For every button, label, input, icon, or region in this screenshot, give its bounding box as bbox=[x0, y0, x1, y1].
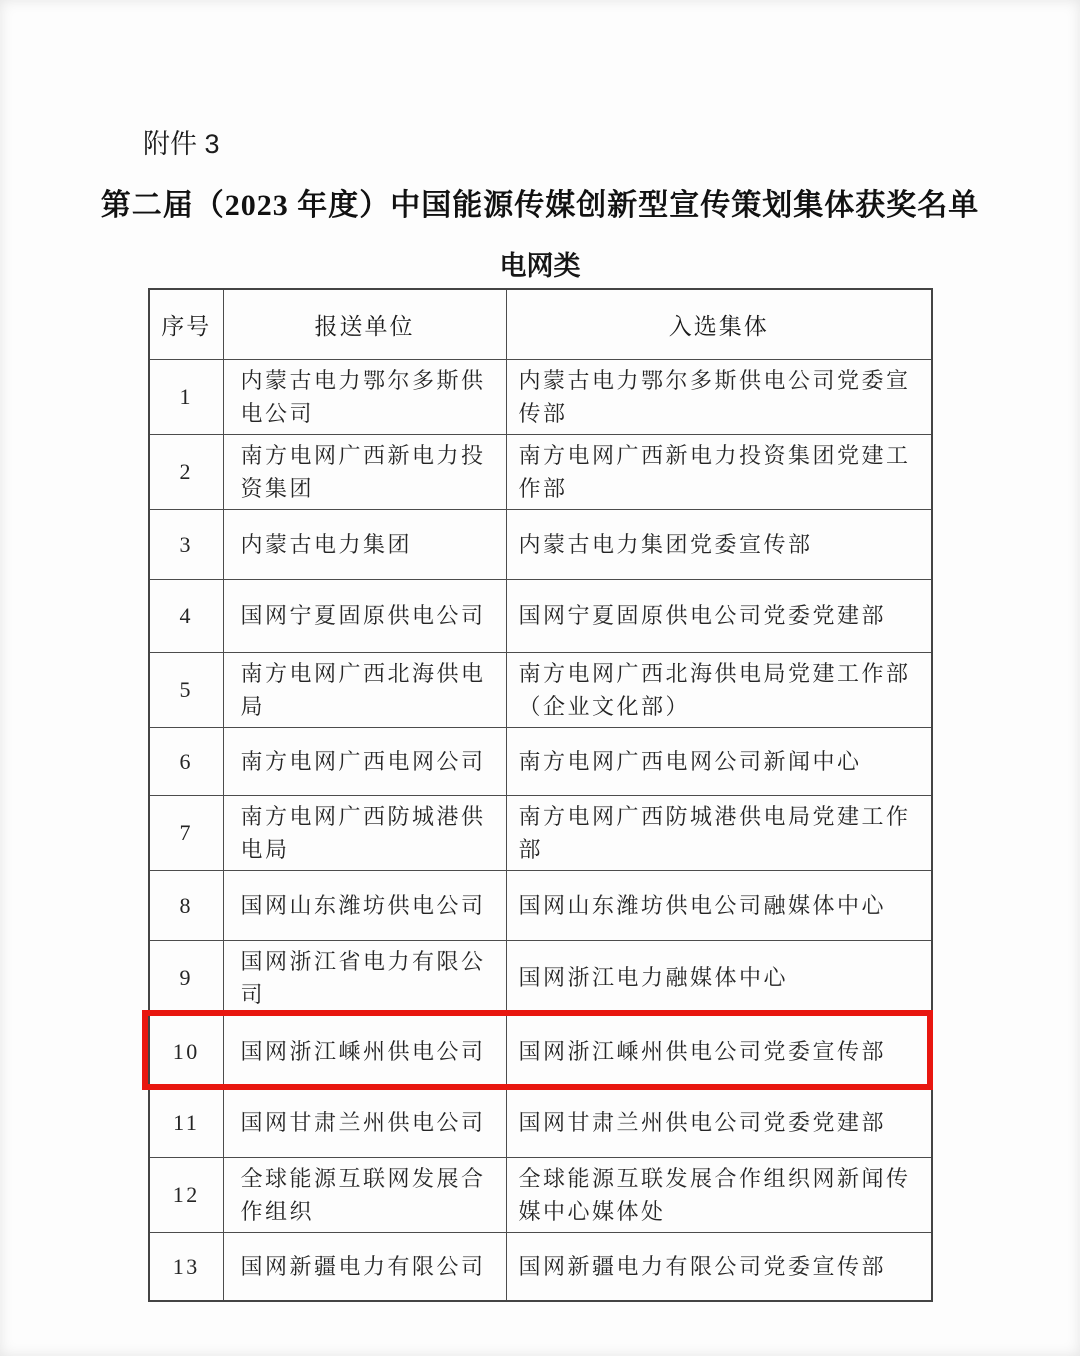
row-no-cell: 4 bbox=[149, 579, 223, 652]
row-no-cell: 12 bbox=[149, 1157, 223, 1232]
collective-cell: 内蒙古电力鄂尔多斯供电公司党委宣传部 bbox=[506, 359, 932, 434]
page-title: 第二届（2023 年度）中国能源传媒创新型宣传策划集体获奖名单 bbox=[0, 180, 1080, 224]
row-no-cell: 9 bbox=[149, 940, 223, 1015]
table-header-row: 序号 报送单位 入选集体 bbox=[149, 289, 932, 359]
row-no-cell: 1 bbox=[149, 359, 223, 434]
row-no-cell: 13 bbox=[149, 1232, 223, 1301]
unit-cell: 国网新疆电力有限公司 bbox=[223, 1232, 506, 1301]
row-no-cell: 3 bbox=[149, 509, 223, 579]
collective-cell: 内蒙古电力集团党委宣传部 bbox=[506, 509, 932, 579]
table-row: 11国网甘肃兰州供电公司国网甘肃兰州供电公司党委党建部 bbox=[149, 1087, 932, 1157]
table-row: 7南方电网广西防城港供电局南方电网广西防城港供电局党建工作部 bbox=[149, 795, 932, 870]
unit-cell: 南方电网广西新电力投资集团 bbox=[223, 434, 506, 509]
attachment-label: 附件 3 bbox=[143, 122, 220, 161]
unit-cell: 国网甘肃兰州供电公司 bbox=[223, 1087, 506, 1157]
table-row: 3内蒙古电力集团内蒙古电力集团党委宣传部 bbox=[149, 509, 932, 579]
row-no-cell: 7 bbox=[149, 795, 223, 870]
unit-cell: 国网浙江嵊州供电公司 bbox=[223, 1015, 506, 1087]
unit-cell: 全球能源互联网发展合作组织 bbox=[223, 1157, 506, 1232]
table-row: 4国网宁夏固原供电公司国网宁夏固原供电公司党委党建部 bbox=[149, 579, 932, 652]
table-body: 1内蒙古电力鄂尔多斯供电公司内蒙古电力鄂尔多斯供电公司党委宣传部2南方电网广西新… bbox=[149, 359, 932, 1301]
collective-cell: 国网新疆电力有限公司党委宣传部 bbox=[506, 1232, 932, 1301]
collective-cell: 南方电网广西电网公司新闻中心 bbox=[506, 727, 932, 795]
table-row: 10国网浙江嵊州供电公司国网浙江嵊州供电公司党委宣传部 bbox=[149, 1015, 932, 1087]
row-no-cell: 11 bbox=[149, 1087, 223, 1157]
awards-table: 序号 报送单位 入选集体 1内蒙古电力鄂尔多斯供电公司内蒙古电力鄂尔多斯供电公司… bbox=[148, 288, 933, 1302]
table-row: 1内蒙古电力鄂尔多斯供电公司内蒙古电力鄂尔多斯供电公司党委宣传部 bbox=[149, 359, 932, 434]
row-no-cell: 5 bbox=[149, 652, 223, 727]
collective-cell: 国网浙江电力融媒体中心 bbox=[506, 940, 932, 1015]
table-row: 6南方电网广西电网公司南方电网广西电网公司新闻中心 bbox=[149, 727, 932, 795]
collective-cell: 国网浙江嵊州供电公司党委宣传部 bbox=[506, 1015, 932, 1087]
collective-cell: 南方电网广西防城港供电局党建工作部 bbox=[506, 795, 932, 870]
row-no-cell: 2 bbox=[149, 434, 223, 509]
unit-cell: 国网宁夏固原供电公司 bbox=[223, 579, 506, 652]
table-row: 8国网山东潍坊供电公司国网山东潍坊供电公司融媒体中心 bbox=[149, 870, 932, 940]
row-no-cell: 8 bbox=[149, 870, 223, 940]
collective-cell: 国网山东潍坊供电公司融媒体中心 bbox=[506, 870, 932, 940]
table-row: 2南方电网广西新电力投资集团南方电网广西新电力投资集团党建工作部 bbox=[149, 434, 932, 509]
document-page: 附件 3 第二届（2023 年度）中国能源传媒创新型宣传策划集体获奖名单 电网类… bbox=[0, 0, 1080, 1356]
unit-cell: 内蒙古电力鄂尔多斯供电公司 bbox=[223, 359, 506, 434]
unit-cell: 南方电网广西北海供电局 bbox=[223, 652, 506, 727]
unit-cell: 南方电网广西防城港供电局 bbox=[223, 795, 506, 870]
unit-cell: 国网山东潍坊供电公司 bbox=[223, 870, 506, 940]
collective-cell: 南方电网广西北海供电局党建工作部（企业文化部） bbox=[506, 652, 932, 727]
col-header-collective: 入选集体 bbox=[506, 289, 932, 359]
unit-cell: 南方电网广西电网公司 bbox=[223, 727, 506, 795]
col-header-no: 序号 bbox=[149, 289, 223, 359]
collective-cell: 南方电网广西新电力投资集团党建工作部 bbox=[506, 434, 932, 509]
collective-cell: 国网宁夏固原供电公司党委党建部 bbox=[506, 579, 932, 652]
row-no-cell: 6 bbox=[149, 727, 223, 795]
table-row: 5南方电网广西北海供电局南方电网广西北海供电局党建工作部（企业文化部） bbox=[149, 652, 932, 727]
unit-cell: 内蒙古电力集团 bbox=[223, 509, 506, 579]
category-subtitle: 电网类 bbox=[0, 244, 1080, 283]
table-row: 12全球能源互联网发展合作组织全球能源互联发展合作组织网新闻传媒中心媒体处 bbox=[149, 1157, 932, 1232]
col-header-unit: 报送单位 bbox=[223, 289, 506, 359]
unit-cell: 国网浙江省电力有限公司 bbox=[223, 940, 506, 1015]
table-row: 13国网新疆电力有限公司国网新疆电力有限公司党委宣传部 bbox=[149, 1232, 932, 1301]
collective-cell: 全球能源互联发展合作组织网新闻传媒中心媒体处 bbox=[506, 1157, 932, 1232]
table-row: 9国网浙江省电力有限公司国网浙江电力融媒体中心 bbox=[149, 940, 932, 1015]
collective-cell: 国网甘肃兰州供电公司党委党建部 bbox=[506, 1087, 932, 1157]
row-no-cell: 10 bbox=[149, 1015, 223, 1087]
